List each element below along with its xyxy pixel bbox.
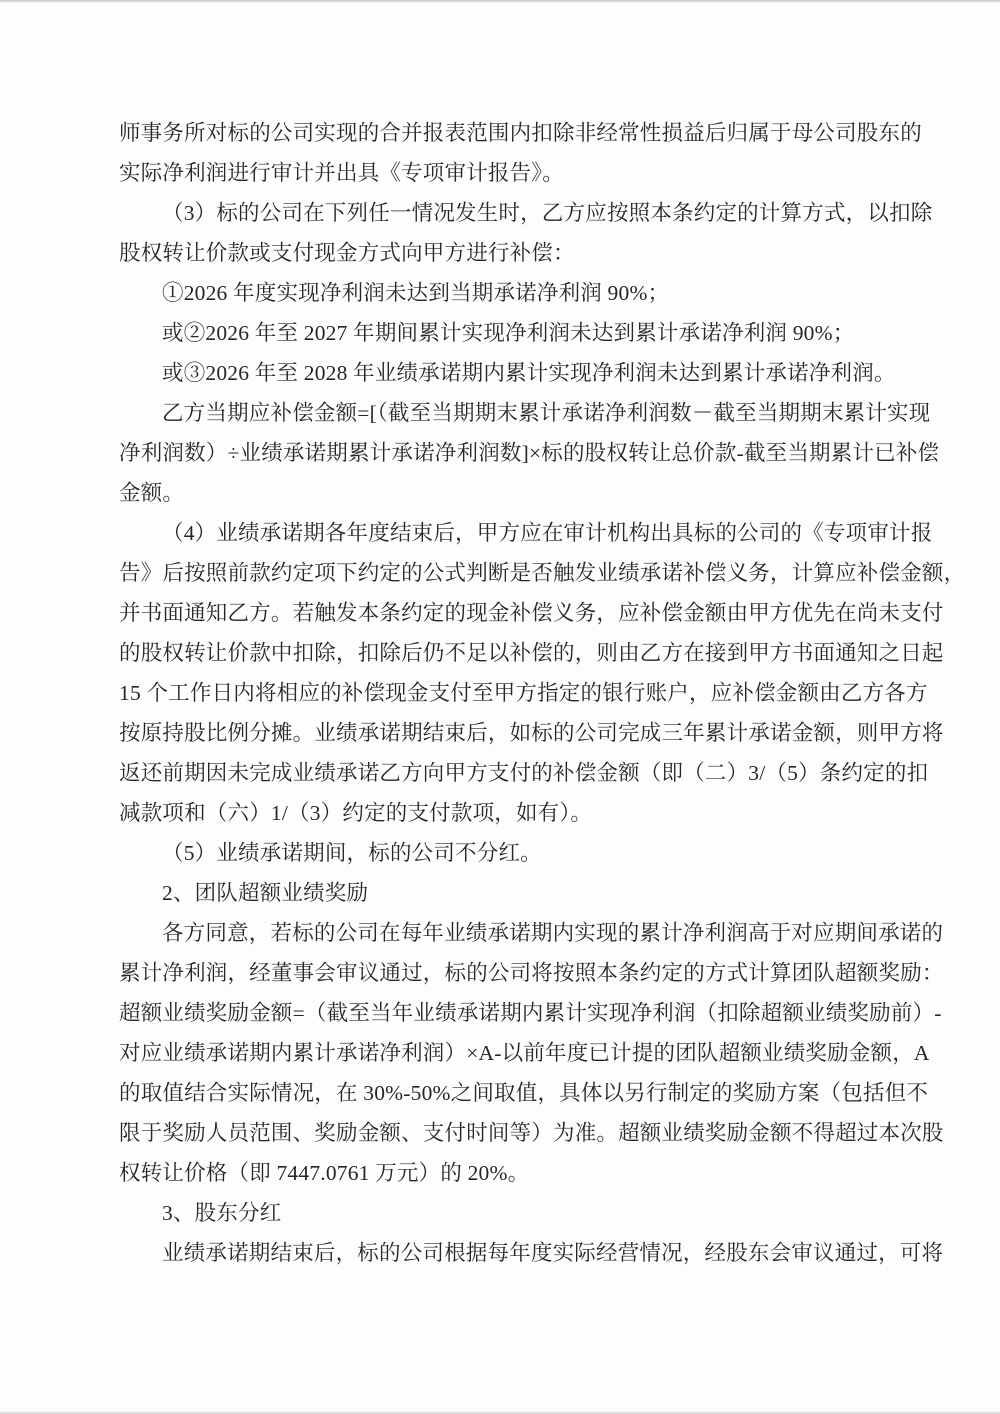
- document-line: 的股权转让价款中扣除，扣除后仍不足以补偿的，则由乙方在接到甲方书面通知之日起: [119, 633, 889, 673]
- document-line: ①2026 年度实现净利润未达到当期承诺净利润 90%；: [119, 273, 889, 313]
- document-line: 15 个工作日内将相应的补偿现金支付至甲方指定的银行账户，应补偿金额由乙方各方: [119, 673, 889, 713]
- document-line: 超额业绩奖励金额=（截至当年业绩承诺期内累计实现净利润（扣除超额业绩奖励前）-: [119, 993, 889, 1033]
- document-page: 师事务所对标的公司实现的合并报表范围内扣除非经常性损益后归属于母公司股东的实际净…: [0, 0, 1000, 1414]
- scan-edge-top: [0, 0, 1000, 3]
- document-line: 对应业绩承诺期内累计承诺净利润）×A-以前年度已计提的团队超额业绩奖励金额，A: [119, 1033, 889, 1073]
- document-line: 累计净利润，经董事会审议通过，标的公司将按照本条约定的方式计算团队超额奖励：: [119, 953, 889, 993]
- document-line: 权转让价格（即 7447.0761 万元）的 20%。: [119, 1153, 889, 1193]
- document-line: 限于奖励人员范围、奖励金额、支付时间等）为准。超额业绩奖励金额不得超过本次股: [119, 1113, 889, 1153]
- document-line: 业绩承诺期结束后，标的公司根据每年度实际经营情况，经股东会审议通过，可将: [119, 1233, 889, 1273]
- document-content: 师事务所对标的公司实现的合并报表范围内扣除非经常性损益后归属于母公司股东的实际净…: [119, 113, 889, 1273]
- document-line: 3、股东分红: [119, 1193, 889, 1233]
- document-line: 告》后按照前款约定项下约定的公式判断是否触发业绩承诺补偿义务，计算应补偿金额，: [119, 553, 889, 593]
- document-line: （3）标的公司在下列任一情况发生时，乙方应按照本条约定的计算方式，以扣除: [119, 193, 889, 233]
- document-lines: 师事务所对标的公司实现的合并报表范围内扣除非经常性损益后归属于母公司股东的实际净…: [119, 113, 889, 1273]
- document-line: 返还前期因未完成业绩承诺乙方向甲方支付的补偿金额（即（二）3/（5）条约定的扣: [119, 753, 889, 793]
- document-line: 乙方当期应补偿金额=[（截至当期期末累计承诺净利润数－截至当期期末累计实现: [119, 393, 889, 433]
- document-line: 金额。: [119, 473, 889, 513]
- document-line: 2、团队超额业绩奖励: [119, 873, 889, 913]
- document-line: 净利润数）÷业绩承诺期累计承诺净利润数]×标的股权转让总价款-截至当期累计已补偿: [119, 433, 889, 473]
- document-line: 各方同意，若标的公司在每年业绩承诺期内实现的累计净利润高于对应期间承诺的: [119, 913, 889, 953]
- document-line: 或②2026 年至 2027 年期间累计实现净利润未达到累计承诺净利润 90%；: [119, 313, 889, 353]
- document-line: 按原持股比例分摊。业绩承诺期结束后，如标的公司完成三年累计承诺金额，则甲方将: [119, 713, 889, 753]
- document-line: 股权转让价款或支付现金方式向甲方进行补偿：: [119, 233, 889, 273]
- document-line: 并书面通知乙方。若触发本条约定的现金补偿义务，应补偿金额由甲方优先在尚未支付: [119, 593, 889, 633]
- document-line: 师事务所对标的公司实现的合并报表范围内扣除非经常性损益后归属于母公司股东的: [119, 113, 889, 153]
- document-line: 或③2026 年至 2028 年业绩承诺期内累计实现净利润未达到累计承诺净利润。: [119, 353, 889, 393]
- document-line: （5）业绩承诺期间，标的公司不分红。: [119, 833, 889, 873]
- document-line: 减款项和（六）1/（3）约定的支付款项，如有）。: [119, 793, 889, 833]
- document-line: 实际净利润进行审计并出具《专项审计报告》。: [119, 153, 889, 193]
- document-line: （4）业绩承诺期各年度结束后，甲方应在审计机构出具标的公司的《专项审计报: [119, 513, 889, 553]
- document-line: 的取值结合实际情况，在 30%-50%之间取值，具体以另行制定的奖励方案（包括但…: [119, 1073, 889, 1113]
